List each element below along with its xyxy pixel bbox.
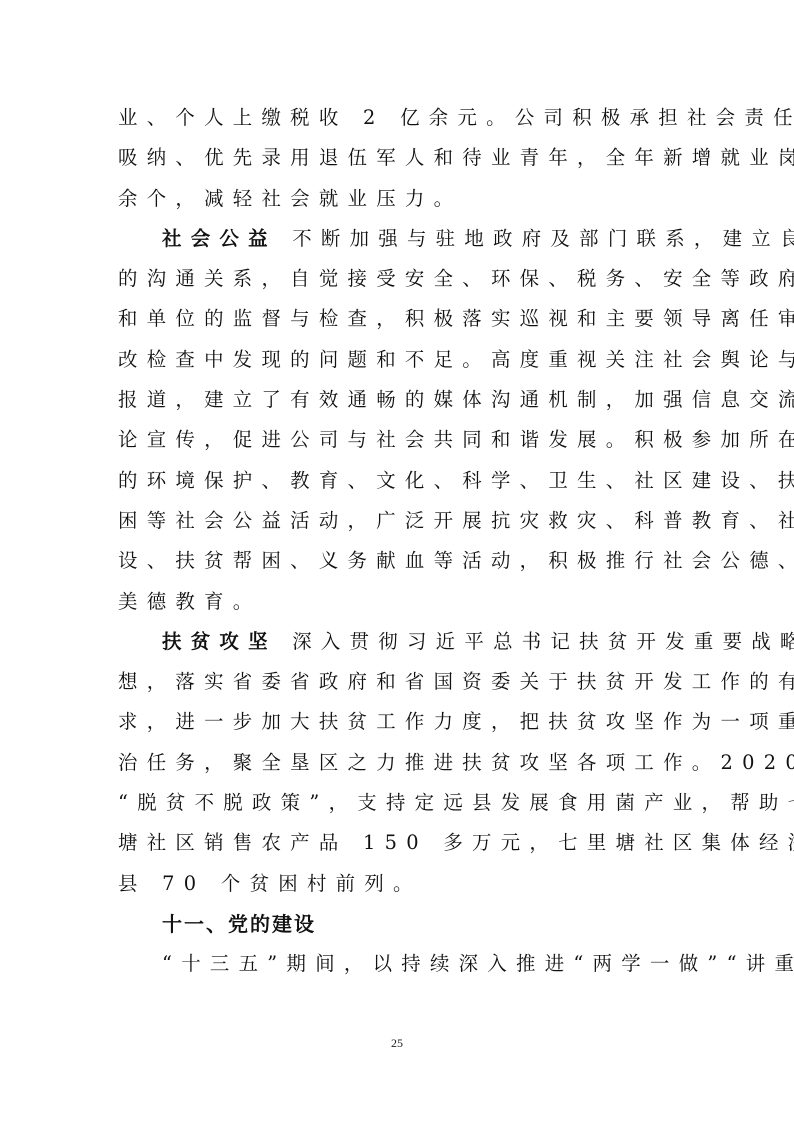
paragraph-line: 业、个人上缴税收 2 亿余元。公司积极承担社会责任，主动 [118,98,674,138]
paragraph-line: 美德教育。 [118,582,674,622]
public-welfare-text: 不断加强与驻地政府及部门联系，建立良好 [292,227,794,250]
paragraph-line: 治任务，聚全垦区之力推进扶贫攻坚各项工作。2020 年坚持 [118,743,674,783]
paragraph-line: 和单位的监督与检查，积极落实巡视和主要领导离任审计整 [118,299,674,339]
paragraph-line: 的沟通关系，自觉接受安全、环保、税务、安全等政府部门 [118,259,674,299]
paragraph-line: 余个，减轻社会就业压力。 [118,179,674,219]
paragraph-line: 设、扶贫帮困、义务献血等活动，积极推行社会公德、家庭 [118,541,674,581]
paragraph-line: 吸纳、优先录用退伍军人和待业青年，全年新增就业岗位 800 [118,138,674,178]
poverty-text: 深入贯彻习近平总书记扶贫开发重要战略思 [292,630,794,653]
poverty-title: 扶贫攻坚 [162,630,277,653]
section-heading: 十一、党的建设 [118,904,674,944]
paragraph-line: 县 70 个贫困村前列。 [118,864,674,904]
paragraph-line: 困等社会公益活动，广泛开展抗灾救灾、科普教育、社区建 [118,501,674,541]
paragraph-line: “十三五”期间，以持续深入推进“两学一做”“讲重 [118,944,674,984]
document-page: 业、个人上缴税收 2 亿余元。公司积极承担社会责任，主动 吸纳、优先录用退伍军人… [118,98,674,985]
page-number: 25 [0,1036,794,1051]
paragraph-line: 报道，建立了有效通畅的媒体沟通机制，加强信息交流和舆 [118,380,674,420]
poverty-first-line: 扶贫攻坚 深入贯彻习近平总书记扶贫开发重要战略思 [118,622,674,662]
paragraph-line: 论宣传，促进公司与社会共同和谐发展。积极参加所在地区 [118,420,674,460]
paragraph-line: 求，进一步加大扶贫工作力度，把扶贫攻坚作为一项重要政 [118,702,674,742]
paragraph-line: 的环境保护、教育、文化、科学、卫生、社区建设、扶贫济 [118,461,674,501]
paragraph-line: 想，落实省委省政府和省国资委关于扶贫开发工作的有关要 [118,662,674,702]
paragraph-line: “脱贫不脱政策”，支持定远县发展食用菌产业，帮助七里 [118,783,674,823]
public-welfare-title: 社会公益 [162,227,277,250]
public-welfare-first-line: 社会公益 不断加强与驻地政府及部门联系，建立良好 [118,219,674,259]
paragraph-line: 塘社区销售农产品 150 多万元，七里塘社区集体经济位列全 [118,823,674,863]
paragraph-line: 改检查中发现的问题和不足。高度重视关注社会舆论与媒体 [118,340,674,380]
